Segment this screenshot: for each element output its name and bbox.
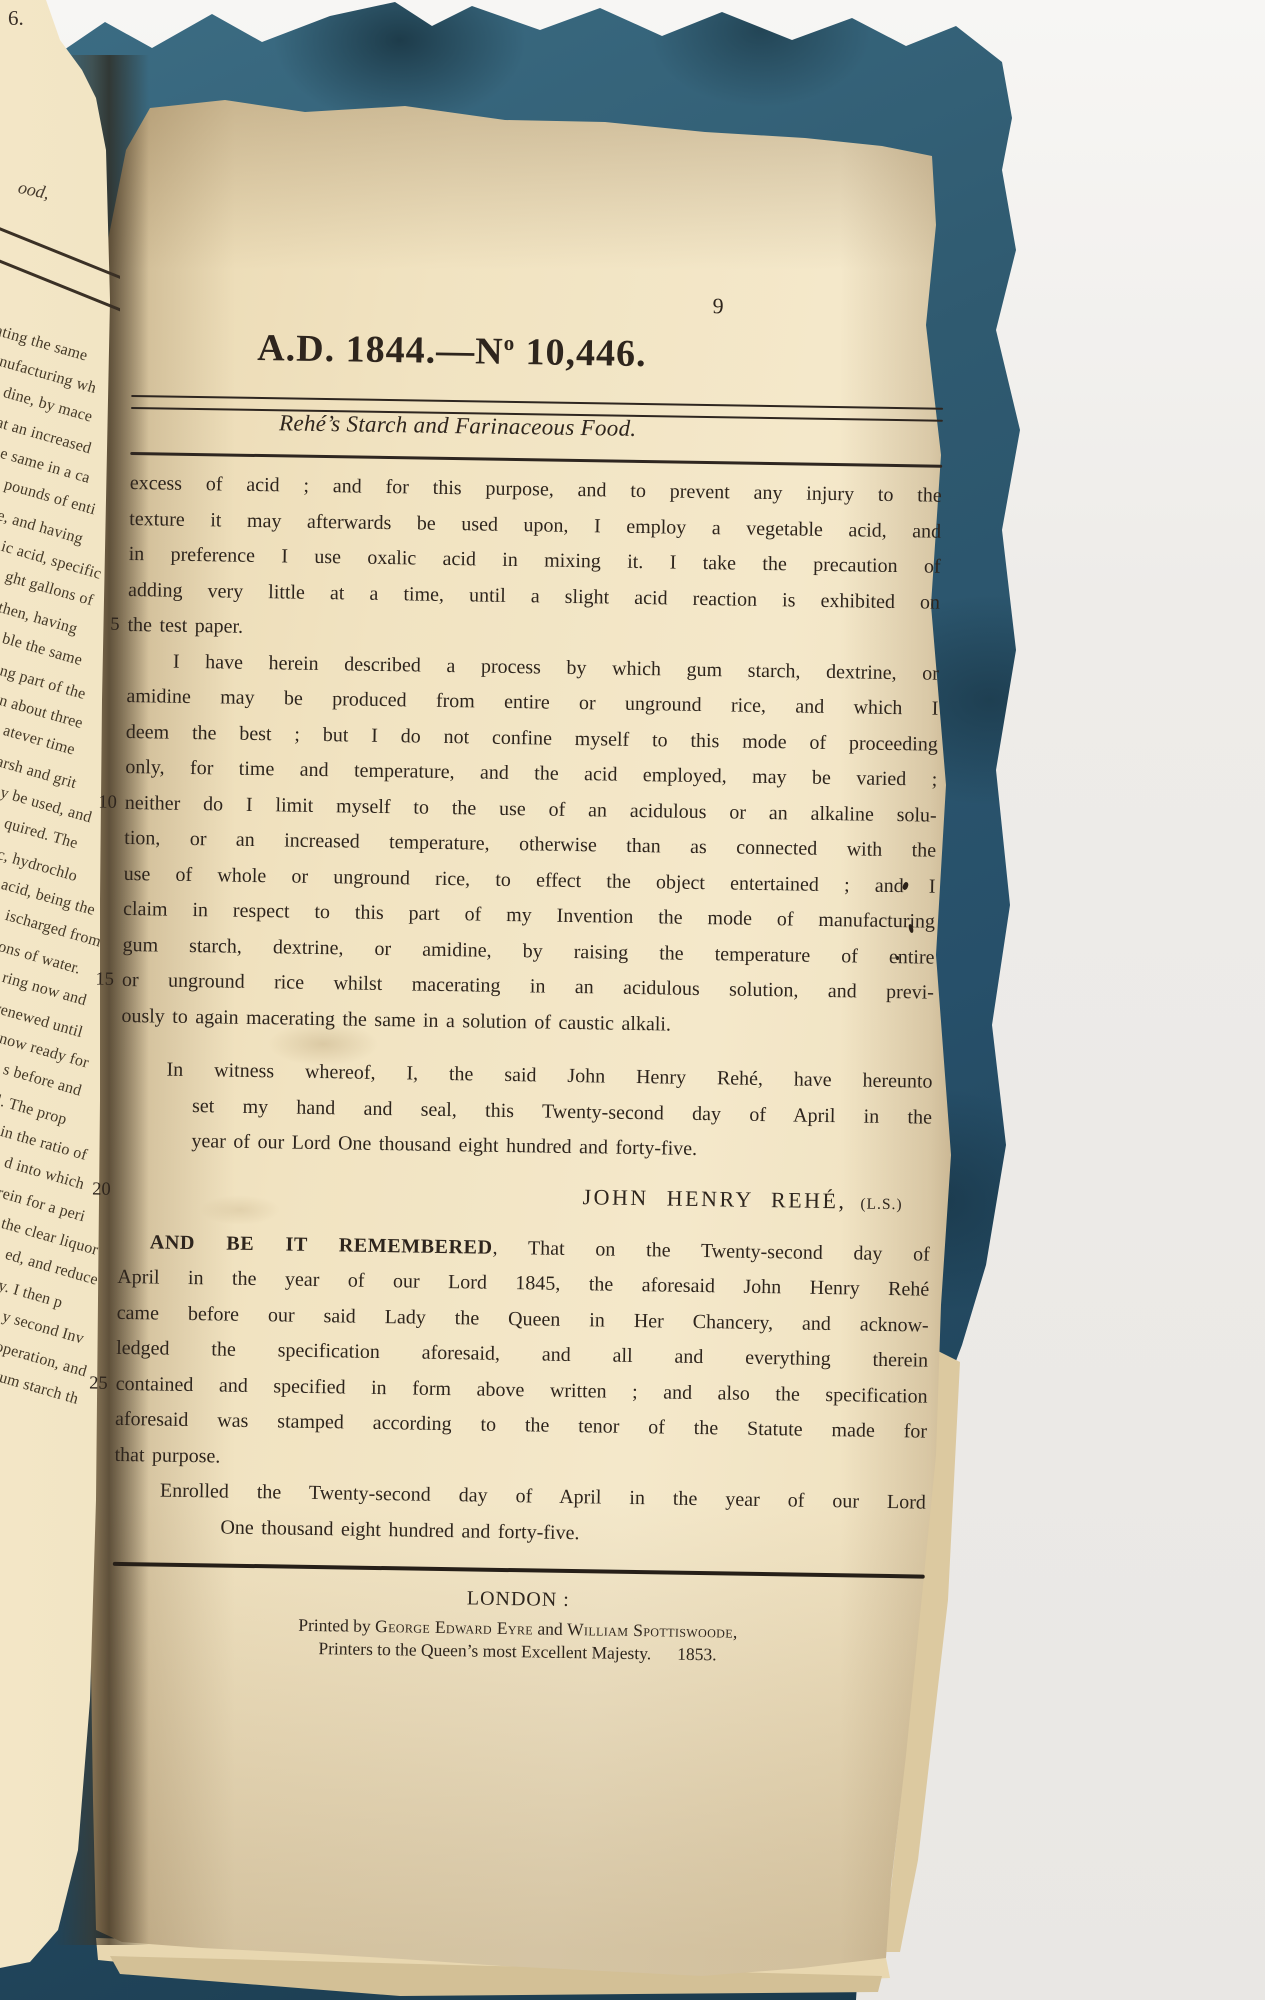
signature-line: 20JOHN HENRY REHÉ,(L.S.) <box>118 1168 931 1223</box>
page-number: 9 <box>712 293 723 319</box>
body-text: excess of acid ; and for this purpose, a… <box>113 466 942 1557</box>
running-title: Rehé’s Starch and Farinaceous Food. <box>131 408 785 444</box>
imprint-text: and <box>533 1618 567 1639</box>
left-header-rule <box>0 258 120 313</box>
printer-name: William Spottiswoode <box>567 1618 733 1641</box>
headline-number: 10,446. <box>515 331 647 375</box>
imprint-text: Printed by <box>298 1614 375 1635</box>
printer-name: George Edward Eyre <box>375 1615 533 1637</box>
left-page-number: 6. <box>8 6 24 31</box>
header-rule <box>131 395 943 410</box>
signatory-name: JOHN HENRY REHÉ, <box>582 1176 847 1222</box>
headline-text: A.D. 1844.—N <box>257 327 504 373</box>
line-number: 15 <box>86 962 115 998</box>
imprint: LONDON : Printed by George Edward Eyre a… <box>111 1562 924 1668</box>
patent-headline: A.D. 1844.—No 10,446. <box>132 324 773 378</box>
line-number: 20 <box>82 1168 111 1210</box>
left-header-rule <box>0 224 120 279</box>
imprint-rule <box>113 1562 925 1578</box>
line-number: 5 <box>91 607 120 643</box>
headline-superscript: o <box>504 331 516 355</box>
line-number: 10 <box>89 785 118 821</box>
imprint-year: 1853. <box>677 1643 717 1664</box>
left-page-text: 6. ood, ating the samenufacturing whdine… <box>0 0 120 2000</box>
bold-phrase: AND BE IT REMEMBERED <box>150 1231 493 1258</box>
line-number: 25 <box>79 1366 108 1402</box>
left-text-fragment: y. I then p <box>0 1277 64 1313</box>
title-rule <box>130 452 942 467</box>
left-running-title-fragment: ood, <box>16 177 51 204</box>
left-text-fragment: l. The prop <box>0 1092 69 1129</box>
imprint-text: , <box>733 1621 738 1641</box>
seal-mark: (L.S.) <box>860 1183 903 1226</box>
imprint-city: LONDON : <box>112 1581 924 1617</box>
imprint-text: Printers to the Queen’s most Excellent M… <box>318 1638 651 1663</box>
page-content: 9 A.D. 1844.—No 10,446. Rehé’s Starch an… <box>107 280 945 1943</box>
ink-speck <box>896 956 899 960</box>
